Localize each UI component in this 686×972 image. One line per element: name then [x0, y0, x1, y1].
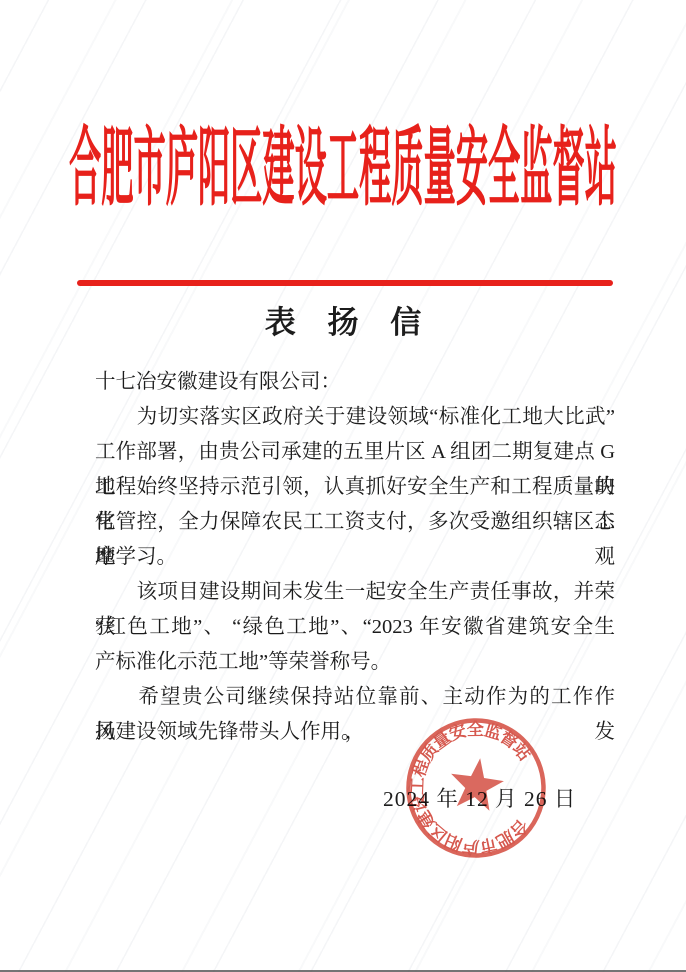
body-line: 工程始终坚持示范引领，认真抓好安全生产和工程质量的常态 — [95, 470, 615, 505]
official-seal: 合肥市庐阳区建设工程质量安全监督站 — [400, 712, 552, 864]
org-title-text: 合肥市庐阳区建设工程质量安全监督站 — [69, 120, 617, 213]
seal-star-icon — [447, 755, 507, 813]
commendation-letter-page: 合肥市庐阳区建设工程质量安全监督站 表 扬 信 十七冶安徽建设有限公司： 为切实… — [0, 0, 686, 972]
body-line: 该项目建设期间未发生一起安全生产责任事故，并荣获 — [95, 575, 615, 610]
body-line: 希望贵公司继续保持站位靠前、主动作为的工作作风，发 — [95, 680, 615, 715]
body-line: 为切实落实区政府关于建设领域“标准化工地大比武” — [95, 400, 615, 435]
letter-body: 十七冶安徽建设有限公司： 为切实落实区政府关于建设领域“标准化工地大比武”工作部… — [95, 365, 615, 750]
org-title-banner: 合肥市庐阳区建设工程质量安全监督站 — [63, 103, 623, 213]
body-line: 化管控，全力保障农民工工资支付，多次受邀组织辖区工地观 — [95, 505, 615, 540]
body-line: 十七冶安徽建设有限公司： — [95, 365, 615, 400]
body-line: 工作部署，由贵公司承建的五里片区 A 组团二期复建点 G 地块 — [95, 435, 615, 470]
body-line: 产标准化示范工地”等荣誉称号。 — [95, 645, 615, 680]
red-divider-line — [77, 280, 613, 286]
body-line: “红色工地”、 “绿色工地”、“2023 年安徽省建筑安全生 — [95, 610, 615, 645]
letter-title: 表 扬 信 — [0, 297, 686, 342]
